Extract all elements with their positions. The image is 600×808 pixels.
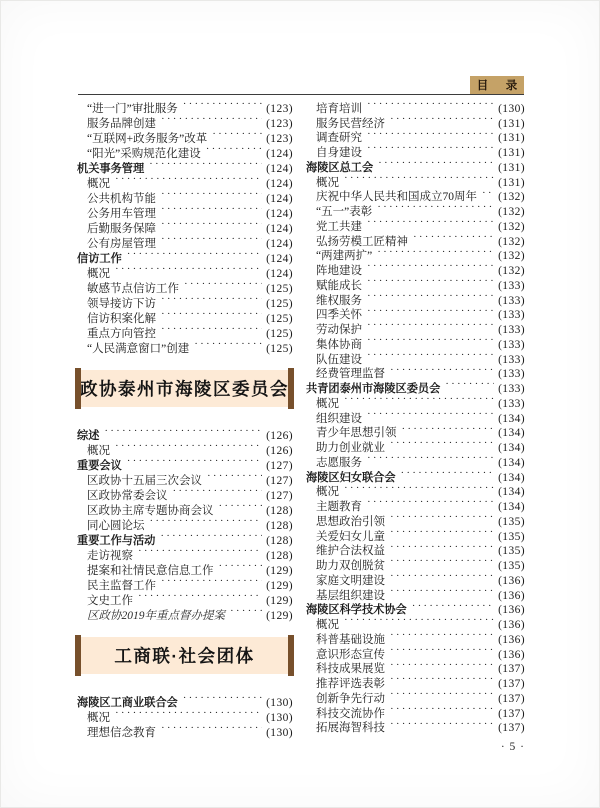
dot-leader	[367, 215, 494, 230]
toc-entry-label: 重要会议	[77, 459, 122, 474]
section-banner: 政协泰州市海陵区委员会	[75, 370, 294, 407]
toc-entry-label: 科技交流协作	[306, 707, 385, 722]
dot-leader	[367, 141, 494, 156]
toc-entry-label: 四季关怀	[306, 308, 362, 323]
toc-entry-page: (125)	[266, 342, 293, 357]
dot-leader	[161, 112, 262, 127]
toc-entry-label: 志愿服务	[306, 456, 362, 471]
toc-entry-page: (131)	[498, 161, 525, 176]
toc-corner-tab: 目 录	[470, 76, 524, 94]
toc-entry-label: 概况	[77, 444, 110, 459]
dot-leader	[390, 540, 494, 555]
dot-leader	[161, 232, 262, 247]
toc-entry-page: (124)	[266, 192, 293, 207]
section-banner: 工商联·社会团体	[75, 637, 294, 674]
toc-entry-page: (126)	[266, 444, 293, 459]
toc-entry-page: (129)	[266, 579, 293, 594]
toc-entry-page: (134)	[498, 441, 525, 456]
section-banner-label: 政协泰州市海陵区委员会	[80, 376, 289, 401]
dot-leader	[344, 481, 494, 496]
toc-entry-page: (135)	[498, 530, 525, 545]
dot-leader	[115, 439, 262, 454]
toc-entry-label: 队伍建设	[306, 353, 362, 368]
dot-leader	[230, 604, 262, 619]
toc-entry-page: (129)	[266, 609, 293, 624]
toc-entry-page: (137)	[498, 677, 525, 692]
toc-entry-page: (127)	[266, 489, 293, 504]
toc-entry-page: (131)	[498, 131, 525, 146]
dot-leader	[390, 702, 494, 717]
toc-entry-page: (124)	[266, 237, 293, 252]
toc-entry-page: (134)	[498, 471, 525, 486]
toc-entry-page: (136)	[498, 648, 525, 663]
toc-entry-label: 关爱妇女儿童	[306, 530, 385, 545]
toc-entry-label: 理想信念教育	[77, 726, 156, 741]
toc-entry-page: (124)	[266, 252, 293, 267]
dot-leader	[161, 322, 262, 337]
dot-leader	[183, 691, 262, 706]
toc-entry-page: (123)	[266, 102, 293, 117]
dot-leader	[445, 377, 494, 392]
toc-entry-label: 综述	[77, 429, 99, 444]
dot-leader	[390, 436, 494, 451]
toc-entry-label: 概况	[306, 618, 339, 633]
dot-leader	[104, 424, 262, 439]
toc-entry-label: 科技成果展览	[306, 662, 385, 677]
dot-leader	[390, 554, 494, 569]
dot-leader	[184, 277, 262, 292]
dot-leader	[219, 559, 263, 574]
toc-entry-page: (127)	[266, 459, 293, 474]
dot-leader	[115, 172, 262, 187]
toc-entry-page: (124)	[266, 267, 293, 282]
toc-entry-label: 概况	[77, 711, 110, 726]
toc-entry-page: (131)	[498, 176, 525, 191]
toc-entry-label: 走访视察	[77, 549, 133, 564]
dot-leader	[367, 451, 494, 466]
toc-entry-label: 推荐评选表彰	[306, 677, 385, 692]
toc-entry-label: 信访积案化解	[77, 312, 156, 327]
toc-entry-label: 赋能成长	[306, 279, 362, 294]
toc-entry-page: (135)	[498, 515, 525, 530]
page-number: · 5 ·	[306, 741, 531, 753]
dot-leader	[390, 363, 494, 378]
toc-entry-page: (129)	[266, 594, 293, 609]
dot-leader	[367, 304, 494, 319]
toc-entry-page: (126)	[266, 429, 293, 444]
toc-entry-page: (123)	[266, 117, 293, 132]
toc-entry-label: 重点方向管控	[77, 327, 156, 342]
toc-entry-page: (136)	[498, 618, 525, 633]
toc-entry: “进一门”审批服务(123)	[77, 97, 293, 112]
dot-leader	[138, 589, 262, 604]
toc-entry-page: (123)	[266, 132, 293, 147]
dot-leader	[344, 392, 494, 407]
dot-leader	[344, 171, 494, 186]
dot-leader	[161, 307, 262, 322]
toc-entry-label: 主题教育	[306, 500, 362, 515]
dot-leader	[390, 643, 494, 658]
dot-leader	[173, 484, 263, 499]
dot-leader	[161, 292, 262, 307]
toc-entry-label: 家庭文明建设	[306, 574, 385, 589]
dot-leader	[161, 574, 262, 589]
dot-leader	[367, 289, 494, 304]
toc-entry: 培育培训(130)	[306, 97, 525, 112]
toc-entry-label: 概况	[306, 397, 339, 412]
toc-entry-page: (134)	[498, 412, 525, 427]
toc-entry-label: 拓展海智科技	[306, 721, 385, 736]
toc-entry-label: 阵地建设	[306, 264, 362, 279]
toc-entry-page: (132)	[498, 190, 525, 205]
toc-entry-page: (125)	[266, 312, 293, 327]
dot-leader	[378, 156, 494, 171]
toc-entry-label: 领导接访下访	[77, 297, 156, 312]
toc-entry-label: 区政协2019年重点督办提案	[77, 609, 225, 624]
dot-leader	[344, 613, 494, 628]
dot-leader	[149, 157, 262, 172]
toc-entry-label: 思想政治引领	[306, 515, 385, 530]
toc-entry-page: (133)	[498, 338, 525, 353]
dot-leader	[390, 510, 494, 525]
dot-leader	[160, 529, 262, 544]
dot-leader	[115, 262, 262, 277]
toc-entry-page: (132)	[498, 205, 525, 220]
toc-entry-label: “五一”表彰	[306, 205, 372, 220]
dot-leader	[367, 333, 494, 348]
dot-leader	[367, 274, 494, 289]
dot-leader	[367, 407, 494, 422]
toc-entry-label: “人民满意窗口”创建	[77, 342, 189, 357]
dot-leader	[390, 658, 494, 673]
toc-entry-page: (134)	[498, 456, 525, 471]
dot-leader	[390, 584, 494, 599]
toc-entry-page: (125)	[266, 297, 293, 312]
toc-entry-label: 后勤服务保障	[77, 222, 156, 237]
dot-leader	[161, 721, 262, 736]
dot-leader	[219, 499, 263, 514]
toc-entry-page: (136)	[498, 574, 525, 589]
toc-entry-page: (136)	[498, 589, 525, 604]
toc-entry-page: (128)	[266, 519, 293, 534]
dot-leader	[367, 318, 494, 333]
dot-leader	[390, 628, 494, 643]
toc-entry-page: (132)	[498, 249, 525, 264]
toc-entry-page: (136)	[498, 603, 525, 618]
toc-entry-label: 组织建设	[306, 412, 362, 427]
toc-entry-label: 概况	[306, 485, 339, 500]
dot-leader	[161, 187, 262, 202]
dot-leader	[367, 127, 494, 142]
dot-leader	[127, 454, 262, 469]
toc-entry-page: (137)	[498, 692, 525, 707]
toc-entry-label: 意识形态宣传	[306, 648, 385, 663]
toc-entry-page: (132)	[498, 264, 525, 279]
dot-leader	[390, 717, 494, 732]
toc-entry-page: (133)	[498, 323, 525, 338]
toc-entry-label: 青少年思想引领	[306, 426, 397, 441]
toc-entry-page: (124)	[266, 162, 293, 177]
dot-leader	[482, 186, 494, 201]
dot-leader	[115, 706, 262, 721]
toc-entry-page: (131)	[498, 117, 525, 132]
toc-entry-label: “互联网+政务服务”改革	[77, 132, 207, 147]
toc-entry-label: 基层组织建设	[306, 589, 385, 604]
toc-entry-page: (135)	[498, 544, 525, 559]
toc-entry-page: (124)	[266, 222, 293, 237]
toc-entry-page: (133)	[498, 397, 525, 412]
toc-entry-label: 科普基础设施	[306, 633, 385, 648]
header-rule	[78, 94, 524, 96]
banner-left-bar	[75, 635, 81, 676]
toc-entry-label: 自身建设	[306, 146, 362, 161]
toc-entry-label: 区政协常委会议	[77, 489, 168, 504]
toc-entry-page: (133)	[498, 279, 525, 294]
dot-leader	[194, 337, 262, 352]
toc-entry-page: (132)	[498, 235, 525, 250]
dot-leader	[412, 599, 494, 614]
toc-entry-label: 概况	[77, 177, 110, 192]
dot-leader	[390, 525, 494, 540]
toc-entry-label: 概况	[306, 176, 339, 191]
dot-leader	[161, 217, 262, 232]
toc-column-left: “进一门”审批服务(123)服务品牌创建(123)“互联网+政务服务”改革(12…	[77, 97, 293, 736]
toc-entry-page: (134)	[498, 426, 525, 441]
toc-entry-page: (133)	[498, 367, 525, 382]
toc-entry-label: 同心圆论坛	[77, 519, 145, 534]
toc-entry-page: (137)	[498, 707, 525, 722]
toc-entry-page: (124)	[266, 147, 293, 162]
toc-entry-label: 培育培训	[306, 102, 362, 117]
toc-entry-page: (128)	[266, 504, 293, 519]
toc-entry-page: (136)	[498, 633, 525, 648]
toc-entry: 海陵区工商业联合会(130)	[77, 691, 293, 706]
banner-right-bar	[288, 368, 294, 409]
toc-entry-label: 创新争先行动	[306, 692, 385, 707]
toc-entry: 综述(126)	[77, 424, 293, 439]
toc-entry-page: (137)	[498, 721, 525, 736]
toc-column-right: 培育培训(130)服务民营经济(131)调查研究(131)自身建设(131)海陵…	[306, 97, 525, 731]
toc-entry-label: 概况	[77, 267, 110, 282]
dot-leader	[127, 247, 262, 262]
dot-leader	[367, 348, 494, 363]
toc-entry-page: (127)	[266, 474, 293, 489]
toc-entry-page: (134)	[498, 500, 525, 515]
toc-entry-page: (133)	[498, 294, 525, 309]
toc-entry-label: 助力双创脱贫	[306, 559, 385, 574]
toc-entry-label: 劳动保护	[306, 323, 362, 338]
dot-leader	[212, 127, 262, 142]
dot-leader	[390, 687, 494, 702]
dot-leader	[401, 466, 495, 481]
dot-leader	[402, 422, 495, 437]
dot-leader	[161, 202, 262, 217]
toc-entry-label: 维权服务	[306, 294, 362, 309]
dot-leader	[150, 514, 263, 529]
toc-entry-page: (130)	[266, 726, 293, 741]
dot-leader	[207, 469, 262, 484]
toc-entry-page: (135)	[498, 559, 525, 574]
toc-entry-label: 调查研究	[306, 131, 362, 146]
toc-entry-page: (133)	[498, 308, 525, 323]
toc-entry-page: (125)	[266, 327, 293, 342]
toc-entry-label: 维护合法权益	[306, 544, 385, 559]
toc-entry: 概况(126)	[77, 439, 293, 454]
dot-leader	[367, 495, 494, 510]
toc-entry-label: 公务用车管理	[77, 207, 156, 222]
dot-leader	[390, 569, 494, 584]
dot-leader	[367, 97, 494, 112]
toc-entry-label: 集体协商	[306, 338, 362, 353]
toc-entry-page: (128)	[266, 549, 293, 564]
toc-entry-label: 党工共建	[306, 220, 362, 235]
banner-right-bar	[288, 635, 294, 676]
toc-page: 目 录 “进一门”审批服务(123)服务品牌创建(123)“互联网+政务服务”改…	[0, 0, 600, 808]
toc-corner-tab-label: 目 录	[474, 77, 521, 93]
dot-leader	[367, 259, 494, 274]
toc-entry-page: (132)	[498, 220, 525, 235]
dot-leader	[390, 112, 494, 127]
toc-entry-label: 文史工作	[77, 594, 133, 609]
dot-leader	[390, 672, 494, 687]
toc-entry-page: (124)	[266, 207, 293, 222]
dot-leader	[413, 230, 494, 245]
toc-entry-page: (137)	[498, 662, 525, 677]
toc-entry-page: (130)	[266, 711, 293, 726]
dot-leader	[377, 245, 494, 260]
toc-entry-label: “两建两扩”	[306, 249, 372, 264]
banner-left-bar	[75, 368, 81, 409]
section-banner-label: 工商联·社会团体	[114, 643, 254, 668]
toc-entry-page: (133)	[498, 353, 525, 368]
toc-entry-page: (128)	[266, 534, 293, 549]
toc-entry-page: (133)	[498, 382, 525, 397]
toc-entry-page: (134)	[498, 485, 525, 500]
dot-leader	[377, 200, 494, 215]
toc-entry-page: (129)	[266, 564, 293, 579]
toc-entry-page: (130)	[498, 102, 525, 117]
dot-leader	[138, 544, 262, 559]
toc-entry-page: (130)	[266, 696, 293, 711]
toc-entry-label: 经费管理监督	[306, 367, 385, 382]
toc-entry-page: (125)	[266, 282, 293, 297]
toc-entry-label: 服务品牌创建	[77, 117, 156, 132]
toc-entry-page: (124)	[266, 177, 293, 192]
dot-leader	[183, 97, 262, 112]
toc-entry-page: (131)	[498, 146, 525, 161]
dot-leader	[206, 142, 262, 157]
toc-entry-label: 公共机构节能	[77, 192, 156, 207]
